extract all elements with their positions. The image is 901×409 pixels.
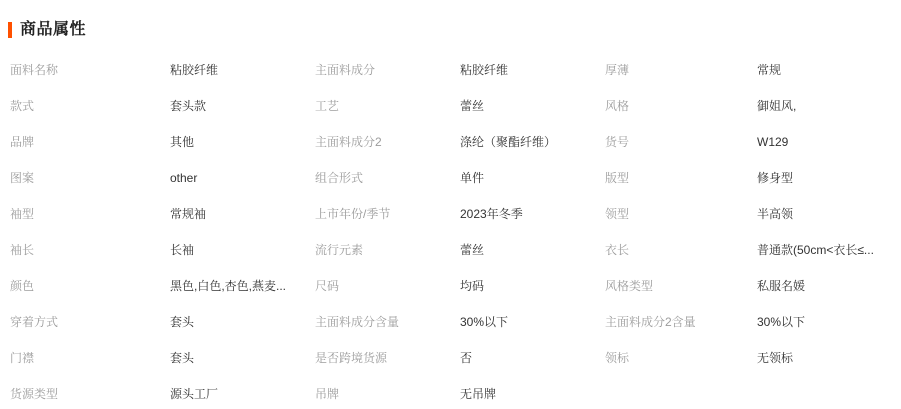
- attr-value: 单件: [460, 170, 605, 186]
- attr-value: 2023年冬季: [460, 206, 605, 222]
- attr-label: 衣长: [605, 242, 757, 258]
- attr-value: 涤纶（聚酯纤维）: [460, 134, 605, 150]
- attr-value: 套头款: [170, 98, 315, 114]
- attr-label: 流行元素: [315, 242, 460, 258]
- attr-label: 主面料成分2含量: [605, 314, 757, 330]
- attr-label: 袖型: [10, 206, 170, 222]
- attr-label: 工艺: [315, 98, 460, 114]
- attr-value: 套头: [170, 350, 315, 366]
- attr-value: 蕾丝: [460, 242, 605, 258]
- attr-label: 组合形式: [315, 170, 460, 186]
- attr-value: other: [170, 170, 315, 186]
- attr-value: 套头: [170, 314, 315, 330]
- attr-value: 黑色,白色,杏色,燕麦...: [170, 278, 315, 294]
- attr-value: 修身型: [757, 170, 901, 186]
- attr-label: 主面料成分2: [315, 134, 460, 150]
- product-attributes-panel: 商品属性 面料名称粘胶纤维主面料成分粘胶纤维厚薄常规款式套头款工艺蕾丝风格御姐风…: [0, 0, 901, 409]
- attr-value: 粘胶纤维: [460, 62, 605, 78]
- attr-label: 版型: [605, 170, 757, 186]
- attr-label: 货源类型: [10, 386, 170, 402]
- attr-label: 图案: [10, 170, 170, 186]
- attr-value: 常规袖: [170, 206, 315, 222]
- attr-label: 面料名称: [10, 62, 170, 78]
- attr-value: 长袖: [170, 242, 315, 258]
- attr-label: 厚薄: [605, 62, 757, 78]
- attr-value: 其他: [170, 134, 315, 150]
- attr-label: 尺码: [315, 278, 460, 294]
- attr-label: 袖长: [10, 242, 170, 258]
- attr-label: 风格类型: [605, 278, 757, 294]
- attr-value: 源头工厂: [170, 386, 315, 402]
- attr-label: 颜色: [10, 278, 170, 294]
- attr-value: 均码: [460, 278, 605, 294]
- attr-label: 是否跨境货源: [315, 350, 460, 366]
- attr-value: 30%以下: [460, 314, 605, 330]
- attributes-grid: 面料名称粘胶纤维主面料成分粘胶纤维厚薄常规款式套头款工艺蕾丝风格御姐风,品牌其他…: [0, 52, 901, 409]
- attr-label: 主面料成分含量: [315, 314, 460, 330]
- attr-value: 私服名媛: [757, 278, 901, 294]
- panel-header: 商品属性: [8, 20, 86, 40]
- panel-title: 商品属性: [20, 20, 86, 40]
- attr-label: 领标: [605, 350, 757, 366]
- attr-label: 主面料成分: [315, 62, 460, 78]
- accent-bar-icon: [8, 22, 12, 38]
- attr-value: 无领标: [757, 350, 901, 366]
- attr-value: 半高领: [757, 206, 901, 222]
- attr-label: 货号: [605, 134, 757, 150]
- attr-label: 款式: [10, 98, 170, 114]
- attr-value: W129: [757, 134, 901, 150]
- attr-value: 粘胶纤维: [170, 62, 315, 78]
- attr-label: 风格: [605, 98, 757, 114]
- attr-label: 品牌: [10, 134, 170, 150]
- attr-value: 普通款(50cm<衣长≤...: [757, 242, 901, 258]
- attr-value: 否: [460, 350, 605, 366]
- attr-value: 蕾丝: [460, 98, 605, 114]
- attr-value: 御姐风,: [757, 98, 901, 114]
- attr-label: 吊牌: [315, 386, 460, 402]
- attr-label: 穿着方式: [10, 314, 170, 330]
- attr-value: 无吊牌: [460, 386, 605, 402]
- attr-label: 上市年份/季节: [315, 206, 460, 222]
- attr-label: 门襟: [10, 350, 170, 366]
- attr-label: 领型: [605, 206, 757, 222]
- attr-value: 常规: [757, 62, 901, 78]
- attr-value: 30%以下: [757, 314, 901, 330]
